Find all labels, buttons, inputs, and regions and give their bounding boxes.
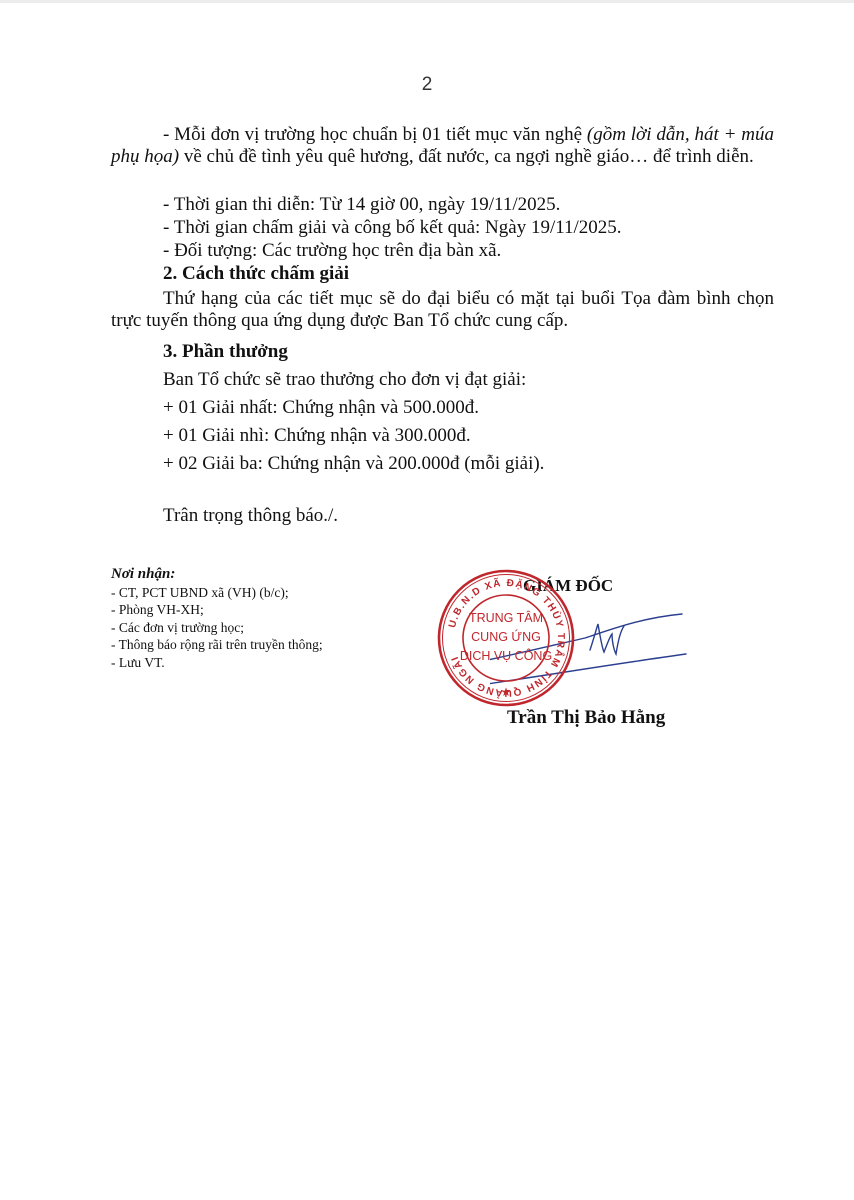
svg-text:TRUNG TÂM: TRUNG TÂM bbox=[469, 610, 543, 625]
heading-judging-method: 2. Cách thức chấm giải bbox=[163, 263, 349, 285]
closing-text: Trân trọng thông báo./. bbox=[163, 505, 338, 527]
recipient-item: - Thông báo rộng rãi trên truyền thông; bbox=[111, 636, 323, 654]
top-band bbox=[0, 0, 854, 3]
recipient-item: - Phòng VH-XH; bbox=[111, 601, 323, 619]
svg-text:CUNG ỨNG: CUNG ỨNG bbox=[471, 629, 541, 644]
recipients-title: Nơi nhận: bbox=[111, 566, 323, 584]
signer-name: Trần Thị Bảo Hằng bbox=[507, 707, 665, 729]
prizes-intro: Ban Tổ chức sẽ trao thưởng cho đơn vị đạ… bbox=[163, 369, 526, 391]
recipients-block: Nơi nhận: - CT, PCT UBND xã (VH) (b/c); … bbox=[111, 566, 323, 671]
official-stamp: U.B.N.D XÃ ĐẶNG THÙY TRÂM TỈNH QUẢNG NGÃ… bbox=[436, 568, 576, 708]
para-text: - Mỗi đơn vị trường học chuẩn bị 01 tiết… bbox=[163, 124, 587, 145]
heading-prizes: 3. Phần thưởng bbox=[163, 341, 288, 363]
recipient-item: - Các đơn vị trường học; bbox=[111, 619, 323, 637]
recipient-item: - Lưu VT. bbox=[111, 654, 323, 672]
paragraph-performance: - Mỗi đơn vị trường học chuẩn bị 01 tiết… bbox=[111, 124, 774, 168]
recipient-item: - CT, PCT UBND xã (VH) (b/c); bbox=[111, 584, 323, 602]
item-judging-time: - Thời gian chấm giải và công bố kết quả… bbox=[163, 217, 622, 239]
item-participants: - Đối tượng: Các trường học trên địa bàn… bbox=[163, 240, 501, 262]
item-performance-time: - Thời gian thi diễn: Từ 14 giờ 00, ngày… bbox=[163, 194, 560, 216]
page-number: 2 bbox=[0, 74, 854, 96]
svg-text:DỊCH VỤ CÔNG: DỊCH VỤ CÔNG bbox=[460, 648, 552, 663]
paragraph-judging-method: Thứ hạng của các tiết mục sẽ do đại biểu… bbox=[111, 288, 774, 332]
prize-first: + 01 Giải nhất: Chứng nhận và 500.000đ. bbox=[163, 397, 479, 419]
prize-third: + 02 Giải ba: Chứng nhận và 200.000đ (mỗ… bbox=[163, 453, 544, 475]
prize-second: + 01 Giải nhì: Chứng nhận và 300.000đ. bbox=[163, 425, 471, 447]
svg-text:★: ★ bbox=[501, 685, 512, 699]
para-text-end: về chủ đề tình yêu quê hương, đất nước, … bbox=[179, 146, 754, 167]
